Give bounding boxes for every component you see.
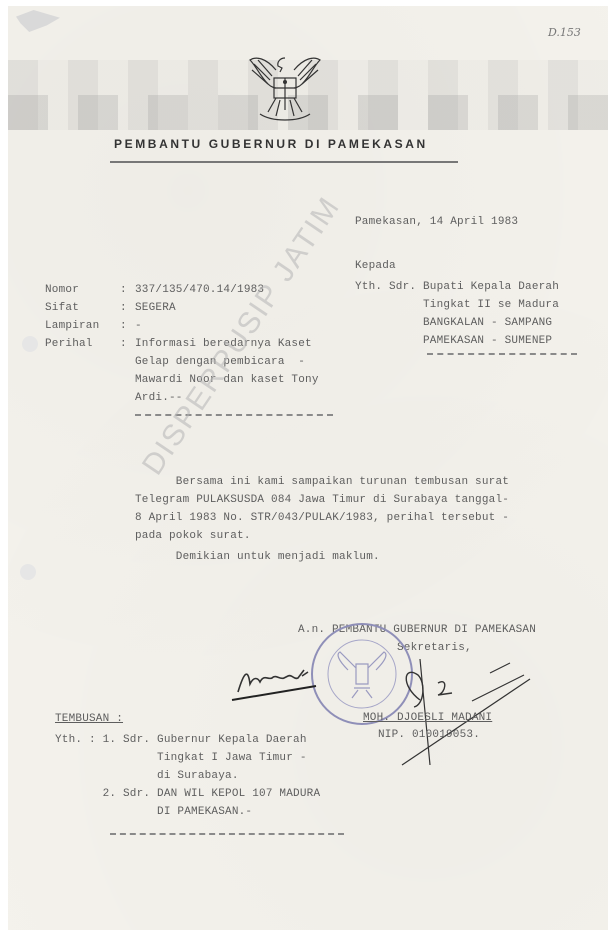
nomor-value: 337/135/470.14/1983 (135, 284, 264, 296)
sifat-colon: : (120, 302, 127, 314)
letterhead-title: PEMBANTU GUBERNUR DI PAMEKASAN (114, 137, 428, 151)
recipient-line: Tingkat II se Madura (355, 299, 559, 311)
arsip-handwriting (228, 662, 328, 704)
signatory-name: MOH. DJOESLI MADANI (363, 712, 492, 724)
tembusan-heading: TEMBUSAN : (55, 713, 123, 725)
perihal-colon: : (120, 338, 127, 350)
punch-hole (22, 336, 38, 352)
perihal-rule (135, 414, 333, 416)
tembusan-line: Tingkat I Jawa Timur - (55, 752, 307, 764)
perihal-label: Perihal (45, 338, 93, 350)
nomor-label: Nomor (45, 284, 79, 296)
lampiran-value: - (135, 320, 142, 332)
nomor-colon: : (120, 284, 127, 296)
body-line: pada pokok surat. (135, 530, 251, 542)
tembusan-rule (110, 833, 344, 835)
garuda-emblem-icon (246, 48, 324, 128)
body-line: 8 April 1983 No. STR/043/PULAK/1983, per… (135, 512, 509, 524)
archive-code: D.153 (548, 26, 581, 39)
tembusan-line: di Surabaya. (55, 770, 239, 782)
tembusan-line: 2. Sdr. DAN WIL KEPOL 107 MADURA (55, 788, 320, 800)
body-closing: Demikian untuk menjadi maklum. (135, 551, 380, 563)
lampiran-label: Lampiran (45, 320, 99, 332)
recipient-line: BANGKALAN - SAMPANG (355, 317, 552, 329)
sifat-value: SEGERA (135, 302, 176, 314)
body-line: Telegram PULAKSUSDA 084 Jawa Timur di Su… (135, 494, 509, 506)
punch-hole (20, 564, 36, 580)
recipient-line: Yth. Sdr. Bupati Kepala Daerah (355, 281, 559, 293)
tembusan-line: DI PAMEKASAN.- (55, 806, 252, 818)
recipient-line: PAMEKASAN - SUMENEP (355, 335, 552, 347)
recipient-label: Kepada (355, 260, 396, 272)
body-line: Bersama ini kami sampaikan turunan tembu… (135, 476, 509, 488)
signatory-nip: NIP. 010019053. (378, 729, 480, 741)
lampiran-colon: : (120, 320, 127, 332)
place-date: Pamekasan, 14 April 1983 (355, 216, 518, 228)
tembusan-line: Yth. : 1. Sdr. Gubernur Kepala Daerah (55, 734, 307, 746)
letterhead-rule (110, 161, 458, 163)
recipient-rule (427, 353, 577, 355)
sifat-label: Sifat (45, 302, 79, 314)
